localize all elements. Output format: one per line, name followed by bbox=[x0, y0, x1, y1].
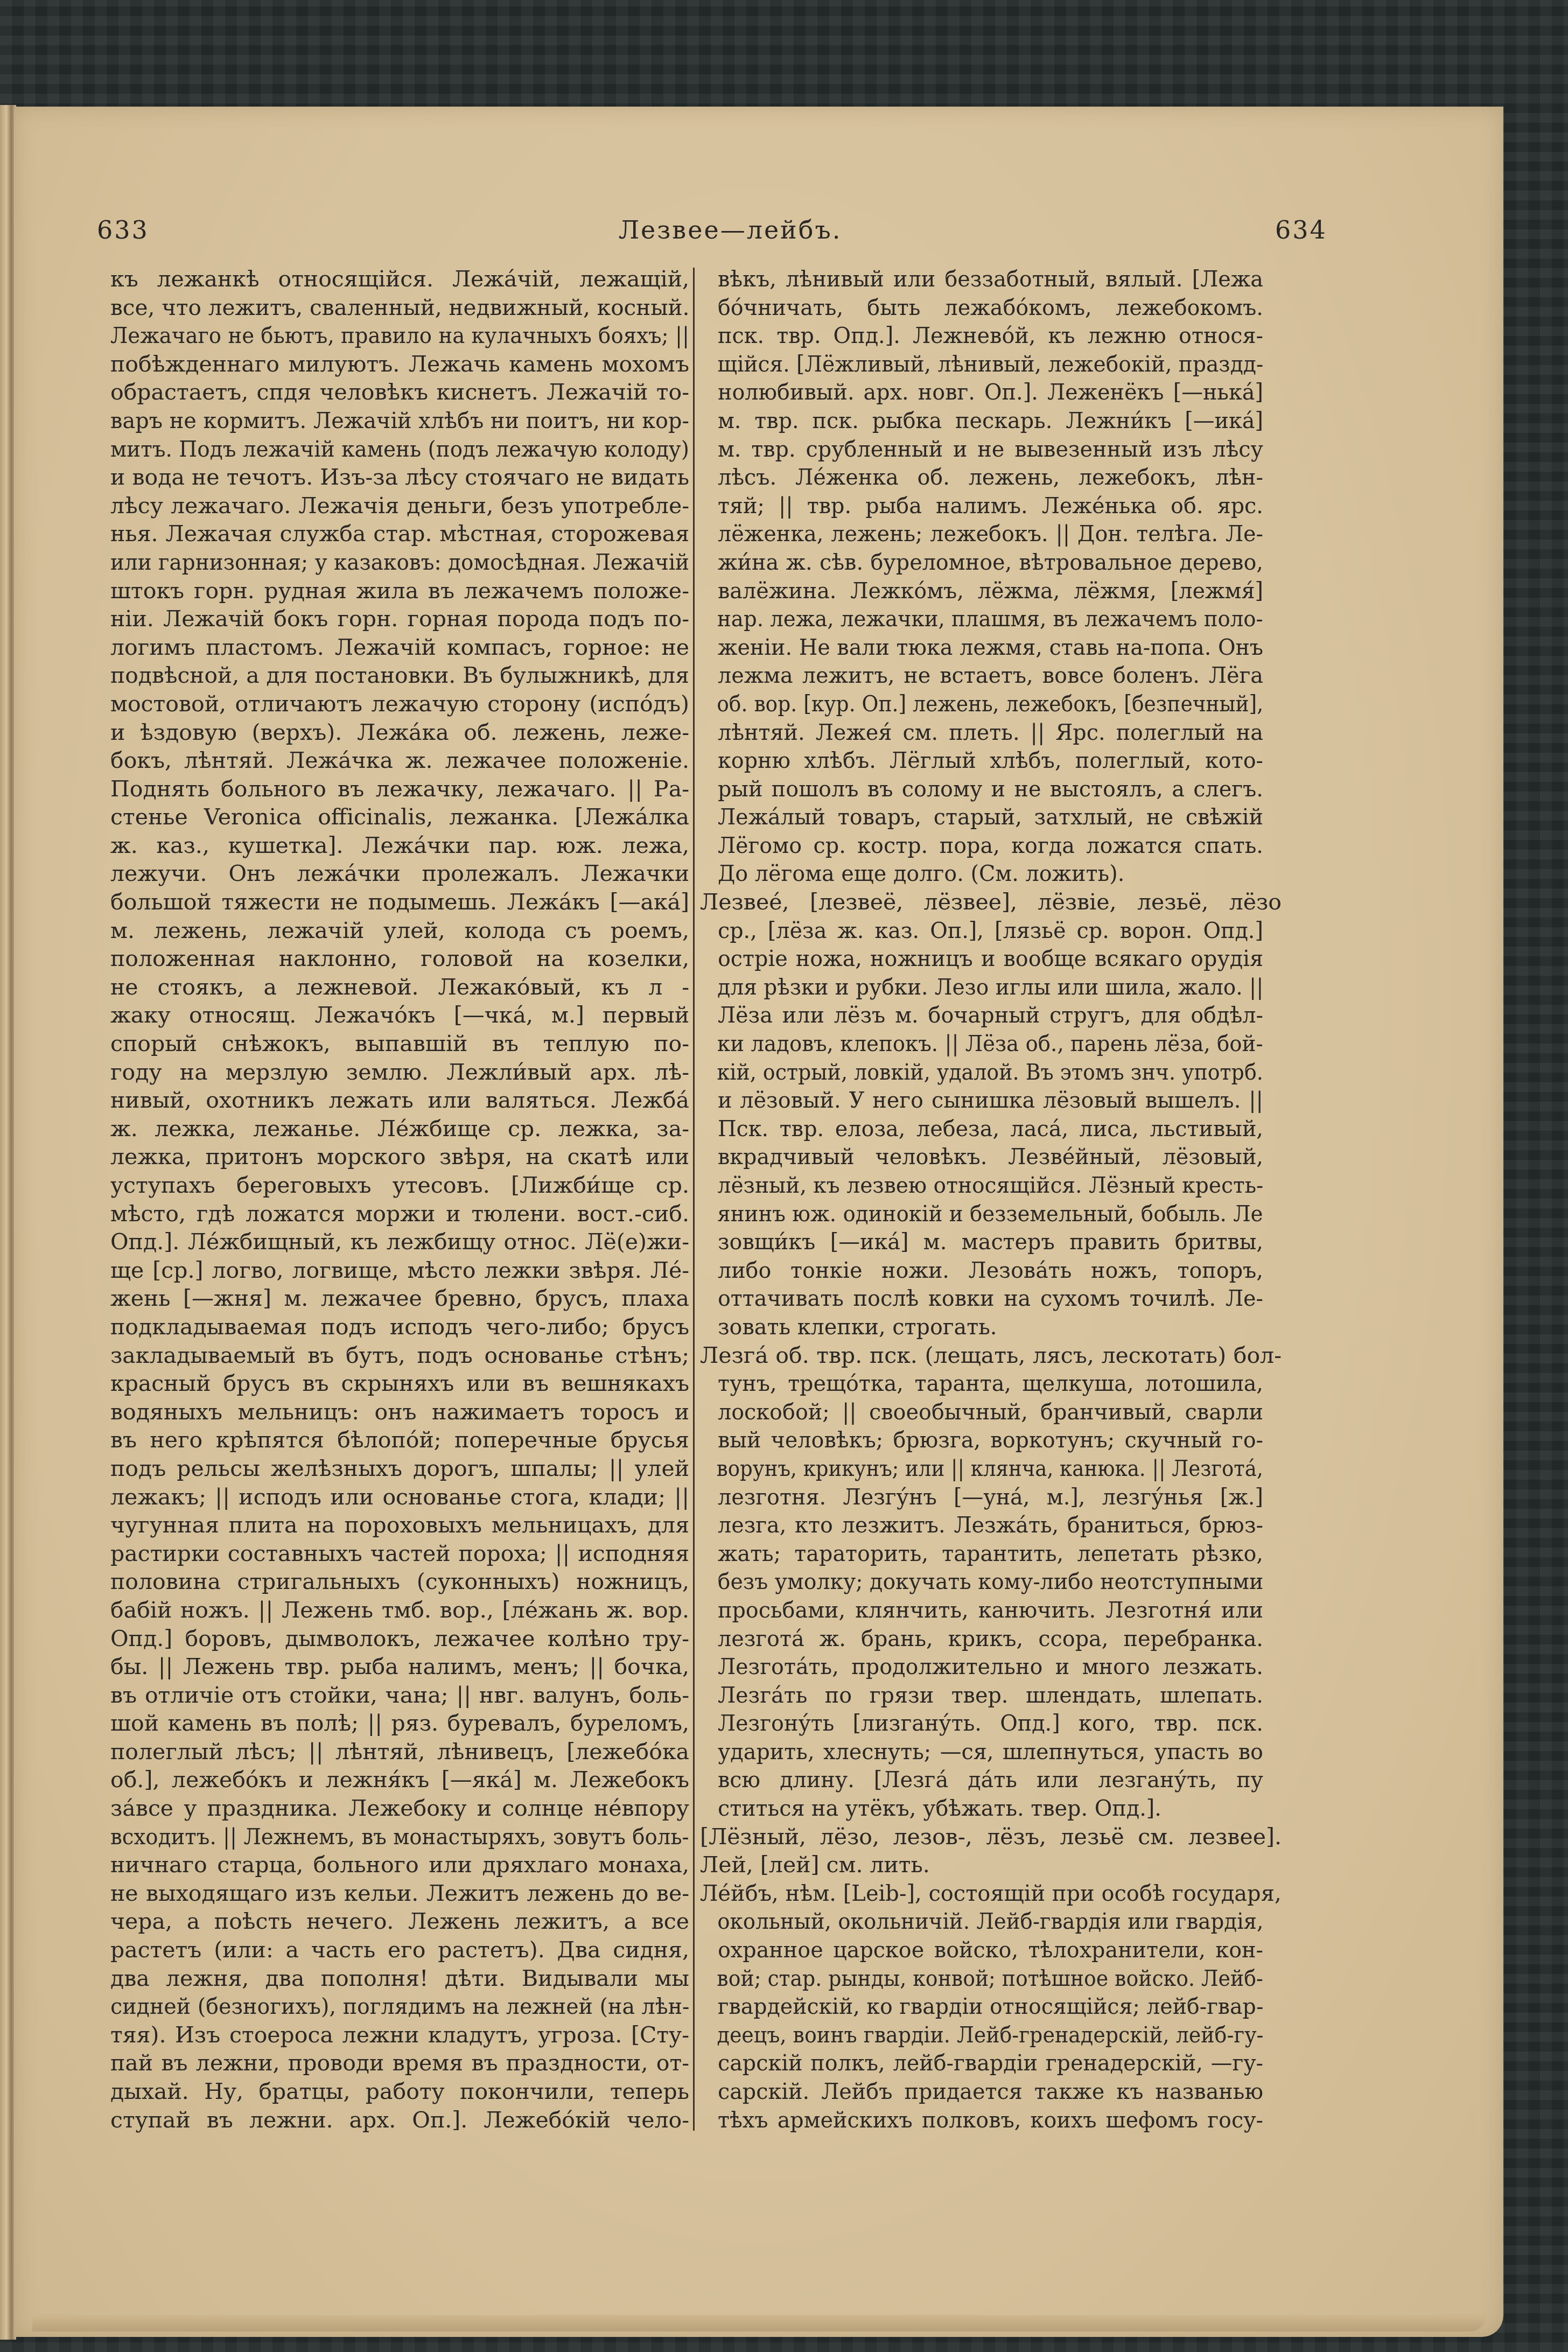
text-line: Лежа́лый товаръ, старый, затхлый, не свѣ… bbox=[700, 803, 1263, 831]
text-line: янинъ юж. одинокій и безземельный, бобыл… bbox=[700, 1200, 1250, 1228]
running-head: 633 Лезвее—лейбъ. 634 bbox=[0, 215, 1568, 248]
text-line: лезгота́ ж. брань, крикъ, ссора, перебра… bbox=[700, 1625, 1263, 1653]
text-line: лежма лежитъ, не встаетъ, вовсе боленъ. … bbox=[700, 661, 1263, 690]
text-line: въ отличіе отъ стойки, чана; || нвг. вал… bbox=[110, 1681, 689, 1710]
text-line: водяныхъ мельницъ: онъ нажимаетъ торосъ … bbox=[110, 1398, 689, 1426]
text-line: ки ладовъ, клепокъ. || Лёза об., парень … bbox=[700, 1030, 1249, 1058]
text-line: подъ рельсы желѣзныхъ дорогъ, шпалы; || … bbox=[110, 1454, 689, 1483]
text-line: чера, а поѣсть нечего. Лежень лежитъ, а … bbox=[110, 1907, 689, 1936]
column-rule bbox=[693, 268, 695, 2131]
text-line: все, что лежитъ, сваленный, недвижный, к… bbox=[110, 293, 683, 322]
text-line: митъ. Подъ лежачій камень (подъ лежачую … bbox=[110, 435, 660, 464]
text-line: лежка, притонъ морского звѣря, на скатѣ … bbox=[110, 1143, 689, 1171]
text-line: ніи. Лежачій бокъ горн. горная порода по… bbox=[110, 605, 689, 633]
text-line: либо тонкіе ножи. Лезова́ть ножъ, топоръ… bbox=[700, 1256, 1263, 1285]
text-line: тяй; || твр. рыба налимъ. Леже́нька об. … bbox=[700, 492, 1263, 520]
text-line: сидней (безногихъ), поглядимъ на лежней … bbox=[110, 1992, 669, 2021]
text-line: нолюбивый. арх. новг. Оп.]. Леженёкъ [—н… bbox=[700, 378, 1263, 407]
text-line: бабій ножъ. || Лежень тмб. вор., [ле́жан… bbox=[110, 1596, 689, 1625]
text-line: кій, острый, ловкій, удалой. Въ этомъ зн… bbox=[700, 1058, 1239, 1087]
text-line: Лёгомо ср. костр. пора, когда ложатся сп… bbox=[700, 831, 1263, 860]
text-line: не стоякъ, а лежневой. Лежако́вый, къ л … bbox=[110, 973, 689, 1002]
text-line: Лёза или лёзъ м. бочарный стругъ, для об… bbox=[700, 1001, 1263, 1030]
text-line: варъ не кормитъ. Лежачій хлѣбъ ни поитъ,… bbox=[110, 407, 673, 435]
text-line: пай въ лежни, проводи время въ праздност… bbox=[110, 2049, 689, 2077]
page-stack-edge bbox=[32, 2315, 1486, 2332]
text-line: валёжина. Лежко́мъ, лёжма, лёжмя, [лежмя… bbox=[700, 577, 1263, 605]
text-line: Лезгону́ть [лизгану́ть. Опд.] кого, твр.… bbox=[700, 1709, 1263, 1738]
text-line: сарскій. Лейбъ придается также къ назван… bbox=[700, 2077, 1263, 2106]
text-line: штокъ горн. рудная жила въ лежачемъ поло… bbox=[110, 577, 689, 605]
text-line: женіи. Не вали тюка лежмя, ставь на-попа… bbox=[700, 633, 1263, 662]
text-line: бы. || Лежень твр. рыба налимъ, менъ; ||… bbox=[110, 1653, 689, 1681]
text-line: лоскобой; || своеобычный, бранчивый, сва… bbox=[700, 1398, 1263, 1426]
text-line: м. твр. срубленный и не вывезенный изъ л… bbox=[700, 435, 1263, 464]
text-line: всходитъ. || Лежнемъ, въ монастыряхъ, зо… bbox=[110, 1823, 657, 1851]
text-line: чугунная плита на пороховыхъ мельницахъ,… bbox=[110, 1511, 689, 1539]
text-line: уступахъ береговыхъ утесовъ. [Лижби́ще с… bbox=[110, 1171, 689, 1200]
text-line: охранное царское войско, тѣлохранители, … bbox=[700, 1936, 1263, 1964]
text-line: и лёзовый. У него сынишка лёзовый вышелъ… bbox=[700, 1086, 1263, 1115]
text-line: всю длину. [Лезга́ да́ть или лезгану́ть,… bbox=[700, 1766, 1263, 1794]
text-line: Лежачаго не бьютъ, правило на кулачныхъ … bbox=[110, 321, 657, 350]
text-line: безъ умолку; докучать кому-либо неотступ… bbox=[700, 1567, 1259, 1596]
text-line: щійся. [Лёжливый, лѣнивый, лежебокій, пр… bbox=[700, 350, 1256, 379]
text-line: м. лежень, лежачій улей, колода съ роемъ… bbox=[110, 916, 689, 945]
text-line: шой камень въ полѣ; || ряз. буревалъ, бу… bbox=[110, 1709, 689, 1738]
text-line: лежакъ; || исподъ или основанье стога, к… bbox=[110, 1483, 689, 1511]
text-line: подкладываемая подъ исподъ чего-либо; бр… bbox=[110, 1313, 689, 1341]
text-line: До лёгома еще долго. (См. ложить). bbox=[700, 859, 1263, 888]
text-line: ничнаго старца, больного или дряхлаго мо… bbox=[110, 1851, 689, 1879]
text-line: просьбами, клянчить, канючить. Лезготня́… bbox=[700, 1596, 1263, 1625]
text-line: сарскій полкъ, лейб-гвардіи гренадерскій… bbox=[700, 2049, 1263, 2077]
text-line: пск. твр. Опд.]. Лежнево́й, къ лежню отн… bbox=[700, 321, 1263, 350]
text-line: обрастаетъ, спдя человѣкъ киснетъ. Лежач… bbox=[110, 378, 689, 407]
text-line: Опд.]. Ле́жбищный, къ лежбищу относ. Лё(… bbox=[110, 1228, 689, 1256]
text-line: лёзный, къ лезвею относящійся. Лёзный кр… bbox=[700, 1171, 1256, 1200]
text-line: вѣкъ, лѣнивый или беззаботный, вялый. [Л… bbox=[700, 265, 1263, 293]
text-line: положенная наклонно, головой на козелки, bbox=[110, 944, 689, 973]
text-line: полеглый лѣсъ; || лѣнтяй, лѣнивецъ, [леж… bbox=[110, 1738, 689, 1766]
text-line: лезга, кто лезжитъ. Лезжа́ть, браниться,… bbox=[700, 1511, 1263, 1539]
text-line: Лезга́ть по грязи твер. шлендать, шлепат… bbox=[700, 1681, 1263, 1710]
text-line: красный брусъ въ скрыняхъ или въ вешняка… bbox=[110, 1369, 689, 1398]
text-line: и ѣздовую (верхъ). Лежа́ка об. лежень, л… bbox=[110, 718, 689, 747]
text-line: остріе ножа, ножницъ и вообще всякаго ор… bbox=[700, 944, 1263, 973]
text-line: деецъ, воинъ гвардіи. Лейб-гренадерскій,… bbox=[700, 2021, 1239, 2049]
page-title-text: Лезвее—лейбъ. bbox=[619, 215, 842, 244]
text-line: большой тяжести не подымешь. Лежа́къ [—а… bbox=[110, 888, 689, 916]
text-line: тунъ, трещо́тка, таранта, щелкуша, лотош… bbox=[700, 1369, 1263, 1398]
text-line: корню хлѣбъ. Лёглый хлѣбъ, полеглый, кот… bbox=[700, 746, 1263, 775]
entry-headword-line: Лезга́ об. твр. пск. (лещать, лясъ, леск… bbox=[700, 1341, 1282, 1370]
text-line: зовщи́къ [—ика́] м. мастеръ править брит… bbox=[700, 1228, 1263, 1256]
text-line: нар. лежа, лежачки, плашмя, въ лежачемъ … bbox=[700, 605, 1249, 633]
text-line: спорый снѣжокъ, выпавшій въ теплую по- bbox=[110, 1030, 689, 1058]
text-line: лѣсу лежачаго. Лежачія деньги, безъ упот… bbox=[110, 492, 689, 520]
text-line: подвѣсной, а для постановки. Въ булыжник… bbox=[110, 661, 687, 690]
text-line: два лежня, два пополня! дѣти. Видывали м… bbox=[110, 1964, 689, 1993]
text-line: Лезгота́ть, продолжительно и много лезжа… bbox=[700, 1653, 1263, 1681]
text-line: мѣсто, гдѣ ложатся моржи и тюлени. вост.… bbox=[110, 1200, 689, 1228]
text-line: дыхай. Ну, братцы, работу покончили, теп… bbox=[110, 2077, 689, 2106]
entry-headword-line: [Лёзный, лёзо, лезов-, лёзъ, лезьё см. л… bbox=[700, 1823, 1282, 1851]
text-line: ститься на утёкъ, убѣжать. твер. Опд.]. bbox=[700, 1794, 1263, 1823]
text-line: лежучи. Онъ лежа́чки пролежалъ. Лежачки bbox=[110, 859, 689, 888]
text-line: логимъ пластомъ. Лежачій компасъ, горное… bbox=[110, 633, 689, 662]
text-line: за́все у праздника. Лежебоку и солнце не… bbox=[110, 1794, 689, 1823]
text-line: нья. Лежачая служба стар. мѣстная, сторо… bbox=[110, 520, 689, 548]
text-line: лезготня. Лезгу́нъ [—уна́, м.], лезгу́нь… bbox=[700, 1483, 1263, 1511]
text-line: растетъ (или: а часть его растетъ). Два … bbox=[110, 1936, 689, 1964]
text-line: об.], лежебо́къ и лежня́къ [—яка́] м. Ле… bbox=[110, 1766, 689, 1794]
text-line: году на мерзлую землю. Лежли́вый арх. лѣ… bbox=[110, 1058, 689, 1087]
text-line: жи́на ж. сѣв. буреломное, вѣтровальное д… bbox=[700, 548, 1263, 577]
page-title: Лезвее—лейбъ. bbox=[0, 215, 1568, 244]
entry-headword-line: Лей, [лей] см. лить. bbox=[700, 1851, 1282, 1879]
text-line: нивый, охотникъ лежать или валяться. Леж… bbox=[110, 1086, 689, 1115]
text-line: стенье Veronica officinalis, лежанка. [Л… bbox=[110, 803, 689, 831]
text-line: ж. каз., кушетка]. Лежа́чки пар. юж. леж… bbox=[110, 831, 689, 860]
text-line: бокъ, лѣнтяй. Лежа́чка ж. лежачее положе… bbox=[110, 746, 689, 775]
text-line: побѣжденнаго милуютъ. Лежачь камень мохо… bbox=[110, 350, 689, 379]
text-line: или гарнизонная; у казаковъ: домосѣдная.… bbox=[110, 548, 661, 577]
text-line: окольный, окольничій. Лейб-гвардія или г… bbox=[700, 1907, 1250, 1936]
entry-headword-line: Ле́йбъ, нѣм. [Leib-], состоящій при особ… bbox=[700, 1879, 1267, 1908]
text-line: въ него крѣпятся бѣлопо́й; поперечные бр… bbox=[110, 1426, 689, 1454]
text-line: къ лежанкѣ относящійся. Лежа́чій, лежащі… bbox=[110, 265, 689, 293]
text-line: закладываемый въ бутъ, подъ основанье ст… bbox=[110, 1341, 689, 1370]
text-line: ступай въ лежни. арх. Оп.]. Лежебо́кій ч… bbox=[110, 2106, 689, 2134]
text-line: бо́чничать, быть лежабо́комъ, лежебокомъ… bbox=[700, 293, 1263, 322]
left-column: къ лежанкѣ относящійся. Лежа́чій, лежащі… bbox=[110, 265, 689, 2134]
right-column: вѣкъ, лѣнивый или беззаботный, вялый. [Л… bbox=[700, 265, 1282, 2134]
text-line: м. твр. пск. рыбка пескарь. Лежни́къ [—и… bbox=[700, 407, 1263, 435]
text-line: тѣхъ армейскихъ полковъ, коихъ шефомъ го… bbox=[700, 2106, 1263, 2134]
text-line: рый пошолъ въ солому и не выстоялъ, а сл… bbox=[700, 775, 1263, 803]
text-line: зовать клепки, строгать. bbox=[700, 1313, 1263, 1341]
text-line: лѣнтяй. Лежея́ см. плеть. || Ярс. полегл… bbox=[700, 718, 1263, 747]
text-line: ударить, хлеснуть; —ся, шлепнуться, упас… bbox=[700, 1738, 1263, 1766]
text-line: жаку относящ. Лежачо́къ [—чка́, м.] перв… bbox=[110, 1001, 689, 1030]
text-line: об. вор. [кур. Оп.] лежень, лежебокъ, [б… bbox=[700, 690, 1234, 718]
text-line: ще [ср.] логво, логвище, мѣсто лежки звѣ… bbox=[110, 1256, 689, 1285]
text-line: жень [—жня] м. лежачее бревно, брусъ, пл… bbox=[110, 1284, 689, 1313]
text-line: жать; тараторить, тарантить, лепетать рѣ… bbox=[700, 1539, 1263, 1568]
text-line: вой; стар. рынды, конвой; потѣшное войск… bbox=[700, 1964, 1236, 1993]
text-line: и вода не течотъ. Изъ-за лѣсу стоячаго н… bbox=[110, 463, 689, 492]
text-line: мостовой, отличаютъ лежачую сторону (исп… bbox=[110, 690, 689, 718]
text-line: лѣсъ. Ле́женка об. лежень, лежебокъ, лѣн… bbox=[700, 463, 1263, 492]
text-line: Опд.] боровъ, дымволокъ, лежачее колѣно … bbox=[110, 1625, 689, 1653]
page-number-right: 634 bbox=[1275, 215, 1327, 244]
text-line: ворунъ, крикунъ; или || клянча, канюка. … bbox=[700, 1454, 1227, 1483]
text-line: вкрадчивый человѣкъ. Лезве́йный, лёзовый… bbox=[700, 1143, 1263, 1171]
text-line: гвардейскій, ко гвардіи относящійся; лей… bbox=[700, 1992, 1260, 2021]
text-line: лёженка, лежень; лежебокъ. || Дон. телѣг… bbox=[700, 520, 1263, 548]
text-line: оттачивать послѣ ковки на сухомъ точилѣ.… bbox=[700, 1284, 1263, 1313]
text-line: ср., [лёза ж. каз. Оп.], [лязьё ср. воро… bbox=[700, 916, 1263, 945]
text-line: растирки составныхъ частей пороха; || ис… bbox=[110, 1539, 689, 1568]
text-line: Пск. твр. елоза, лебеза, ласа́, лиса, ль… bbox=[700, 1115, 1263, 1143]
text-line: не выходящаго изъ кельи. Лежитъ лежень д… bbox=[110, 1879, 689, 1908]
text-line: тяя). Изъ стоероса лежни кладутъ, угроза… bbox=[110, 2021, 689, 2049]
text-line: ж. лежка, лежанье. Ле́жбище ср. лежка, з… bbox=[110, 1115, 689, 1143]
entry-headword-line: Лезвее́, [лезвеё, лёзвее], лёзвіе, лезьё… bbox=[700, 888, 1282, 916]
text-line: Поднять больного въ лежачку, лежачаго. |… bbox=[110, 775, 689, 803]
text-line: половина стригальныхъ (суконныхъ) ножниц… bbox=[110, 1567, 689, 1596]
text-line: вый человѣкъ; брюзга, воркотунъ; скучный… bbox=[700, 1426, 1263, 1454]
text-line: для рѣзки и рубки. Лезо иглы или шила, ж… bbox=[700, 973, 1254, 1002]
